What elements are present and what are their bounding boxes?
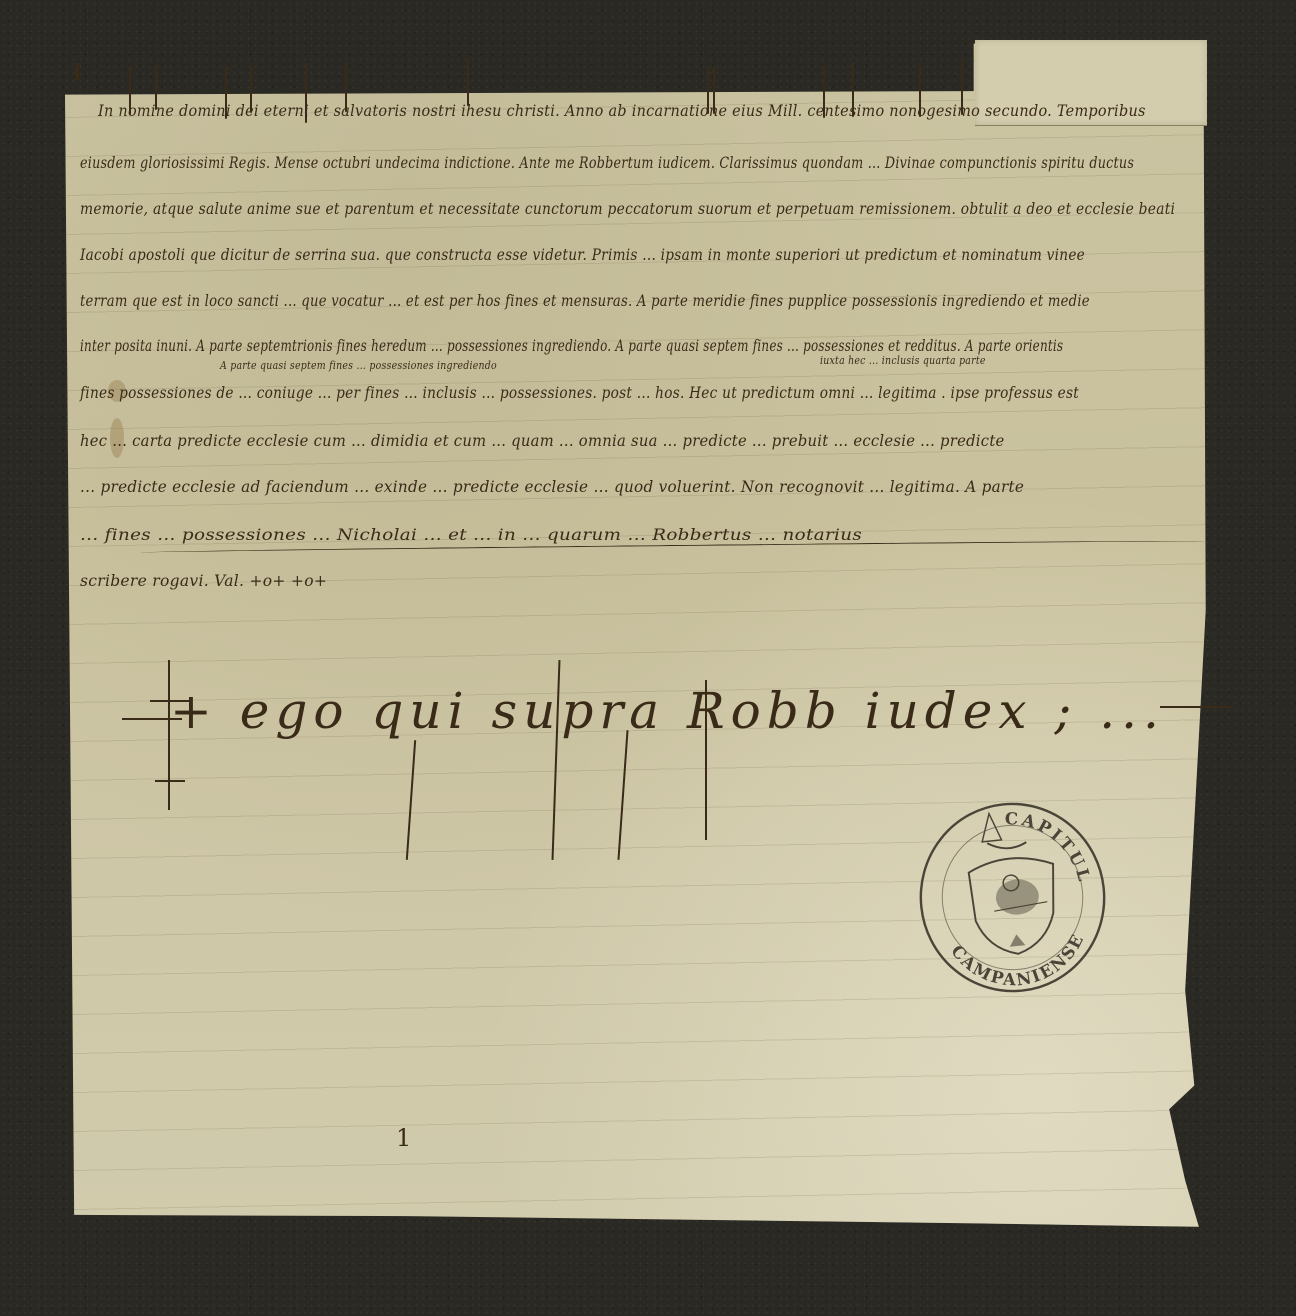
text-line-4: Iacobi apostoli que dicitur de serrina s… (80, 246, 1085, 264)
seal-icon: CAPITULUM CAMPANIENSE (905, 790, 1119, 1004)
decorated-initial: I (72, 60, 86, 120)
text-line-10: ... fines ... possessiones ... Nicholai … (80, 526, 862, 544)
ascender-stroke (467, 58, 469, 106)
signature-text: + ego qui supra Robb iudex ; ... (170, 682, 1165, 740)
text-line-11: scribere rogavi. Val. +o+ +o+ (80, 572, 327, 590)
text-line-1: In nomine domini dei eterni et salvatori… (98, 102, 1146, 120)
text-line-8: hec ... carta predicte ecclesie cum ... … (80, 432, 1005, 450)
cross-sign-icon (155, 780, 185, 782)
signature-flourish (1160, 706, 1230, 708)
svg-text:CAPITULUM: CAPITULUM (905, 790, 1095, 903)
interlinear-gloss-1: A parte quasi septem fines ... possessio… (220, 359, 497, 372)
descender-stroke (705, 680, 707, 840)
seal-legend-top: CAPITULUM (905, 790, 1095, 903)
text-line-7: fines possessiones de ... coniuge ... pe… (80, 384, 1079, 402)
bottom-pen-mark: 1 (396, 1124, 411, 1152)
text-line-3: memorie, atque salute anime sue et paren… (80, 200, 1175, 218)
text-line-2: eiusdem gloriosissimi Regis. Mense octub… (80, 154, 1134, 172)
parchment-sheet (65, 40, 1208, 1228)
descender-stroke (617, 730, 628, 860)
text-line-6: inter posita inuni. A parte septemtrioni… (80, 337, 1063, 355)
text-line-9: ... predicte ecclesie ad faciendum ... e… (80, 478, 1024, 496)
interlinear-gloss-2: iuxta hec ... inclusis quarta parte (820, 354, 986, 367)
chapter-seal-stamp: CAPITULUM CAMPANIENSE (905, 790, 1119, 1004)
text-line-5: terram que est in loco sancti ... que vo… (80, 292, 1090, 310)
descender-stroke (406, 740, 416, 860)
